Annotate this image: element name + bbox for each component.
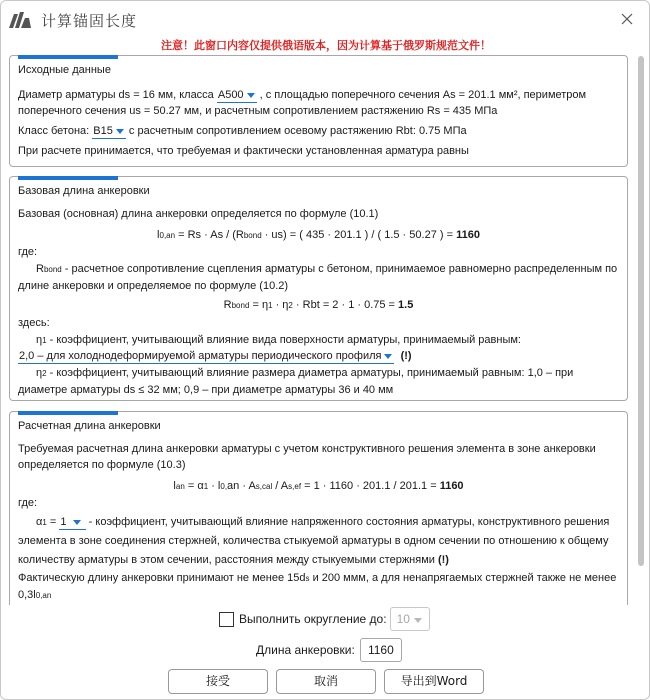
formula-10-3: lan = α1 · l0,an · As,cal / As,ef = 1 · … [18,478,619,495]
calc-intro: Требуемая расчетная длина анкеровки арма… [18,441,619,473]
app-logo-icon [9,10,31,28]
concrete-class-line: Класс бетона: B15 с расчетным сопротивле… [18,123,619,139]
text-fragment: 1160 [456,229,480,241]
formula-10-1: l0,an = Rs · As / (Rbond · us) = ( 435 ·… [18,227,619,244]
text-fragment: bond [232,301,250,310]
rebar-params-line1: Диаметр арматуры ds = 16 мм, класса A500… [18,87,619,103]
text-fragment: A500 [218,89,244,101]
text-fragment: = 1 · 1160 · 201.1 / 201.1 = [301,480,440,492]
text-fragment: Фактическую длину анкеровки принимают не… [18,572,306,584]
text-fragment: с расчетным сопротивлением осевому растя… [126,125,467,137]
chevron-down-icon [414,618,422,623]
here-label: здесь: [18,315,619,331]
alpha-select[interactable]: 1 [59,515,85,530]
window-title: 计算锚固长度 [41,10,137,31]
text-fragment: 10 [397,612,410,626]
chevron-down-icon [247,93,255,98]
alpha-description: α1 = 1 - коэффициент, учитывающий влияни… [18,513,619,570]
text-fragment: Диаметр арматуры ds = 16 мм, класса [18,89,217,101]
anchorage-length-label: Длина анкеровки: [256,643,355,657]
where-label: где: [18,495,619,511]
actual-length-note: Фактическую длину анкеровки принимают не… [18,570,619,604]
group-title: Расчетная длина анкеровки [18,420,161,432]
text-fragment: B15 [93,125,113,137]
group-accent-bar [18,411,118,415]
text-fragment: bond [44,265,62,274]
text-fragment: - коэффициент, учитывающий влияние вида … [47,334,521,346]
text-fragment: 1.5 [398,299,413,311]
bottom-panel: Выполнить округление до: 10 Длина анкеро… [1,605,650,700]
close-icon[interactable] [617,9,637,29]
rounding-label: Выполнить округление до: [239,612,387,626]
text-fragment: = η [249,299,268,311]
vertical-scrollbar[interactable] [638,56,644,566]
russian-only-warning: 注意！此窗口内容仅提供俄语版本，因为计算基于俄罗斯规范文件！ [1,37,650,53]
text-fragment: s,ef [288,482,301,491]
group-title: Базовая длина анкеровки [18,185,150,197]
eta1-select[interactable]: 2,0 – для холоднодеформируемой арматуры … [18,349,394,364]
cancel-button[interactable]: 取消 [276,669,376,694]
chevron-down-icon [384,354,392,359]
text-fragment: α [18,516,42,528]
chevron-down-icon [73,520,81,525]
text-fragment: 2,0 – для холоднодеформируемой арматуры … [19,350,381,362]
text-fragment: = [47,516,60,528]
text-fragment: = Rs · As / (R [175,229,244,241]
where-label: где: [18,244,619,260]
text-fragment: R [36,263,44,275]
group-accent-bar [18,176,118,180]
design-length-group: Расчетная длина анкеровки Требуемая расч… [9,411,628,605]
assumption-text: При расчете принимается, что требуемая и… [18,143,619,159]
text-fragment: an · A [227,480,256,492]
content-scroll-area: Исходные данные Диаметр арматуры ds = 16… [1,53,650,605]
alpha-note-link[interactable]: (!) [438,554,449,566]
rebar-params-line2: поперечного сечения us = 50.27 мм, и рас… [18,103,619,119]
text-fragment: an [176,482,185,491]
text-fragment: - расчетное сопротивление сцепления арма… [18,263,617,292]
export-to-word-button[interactable]: 导出到Word [384,669,484,694]
base-length-group: Базовая длина анкеровки Базовая (основна… [9,176,628,401]
text-fragment: 0,an [160,231,176,240]
text-fragment: 1 [60,516,66,528]
text-fragment: · η [273,299,289,311]
initial-data-group: Исходные данные Диаметр арматуры ds = 16… [9,55,628,167]
text-fragment: bond [244,231,262,240]
eta1-row: 2,0 – для холоднодеформируемой арматуры … [18,348,619,364]
text-fragment: - коэффициент, учитывающий влияние напря… [18,516,609,566]
anchorage-length-dialog: 计算锚固长度 注意！此窗口内容仅提供俄语版本，因为计算基于俄罗斯规范文件！ Ис… [0,0,650,700]
base-intro: Базовая (основная) длина анкеровки опред… [18,206,619,222]
text-fragment: Класс бетона: [18,125,92,137]
text-fragment: 1160 [440,480,464,492]
chevron-down-icon [116,129,124,134]
rebar-class-select[interactable]: A500 [217,88,257,103]
group-title: Исходные данные [18,64,111,76]
text-fragment: = α [185,480,204,492]
rounding-checkbox[interactable] [219,612,234,627]
text-fragment: , с площадью поперечного сечения As = 20… [257,89,587,101]
formula-10-2: Rbond = η1 · η2 · Rbt = 2 · 1 · 0.75 = 1… [18,297,619,314]
title-bar: 计算锚固长度 [1,1,650,37]
text-fragment: R [224,299,232,311]
concrete-class-select[interactable]: B15 [92,124,126,139]
eta1-note-link[interactable]: (!) [401,350,412,362]
group-accent-bar [18,55,118,59]
eta1-description: η1 - коэффициент, учитывающий влияние ви… [18,332,619,349]
anchorage-length-row: Длина анкеровки: 1160 [256,638,402,662]
text-fragment: / A [272,480,288,492]
anchorage-length-field[interactable]: 1160 [360,638,402,662]
text-fragment: · l [208,480,220,492]
text-fragment: · Rbt = 2 · 1 · 0.75 = [293,299,398,311]
eta2-description: η2 - коэффициент, учитывающий влияние ра… [18,365,619,398]
text-fragment: - коэффициент, учитывающий влияние разме… [18,367,573,396]
rounding-select: 10 [390,607,430,631]
accept-button[interactable]: 接受 [168,669,268,694]
text-fragment: s,cal [256,482,272,491]
text-fragment: 0,an [36,591,52,600]
text-fragment: · us) = ( 435 · 201.1 ) / ( 1.5 · 50.27 … [262,229,456,241]
rbond-description: Rbond - расчетное сопротивление сцеплени… [18,261,619,294]
rounding-row: Выполнить округление до: 10 [219,607,430,631]
